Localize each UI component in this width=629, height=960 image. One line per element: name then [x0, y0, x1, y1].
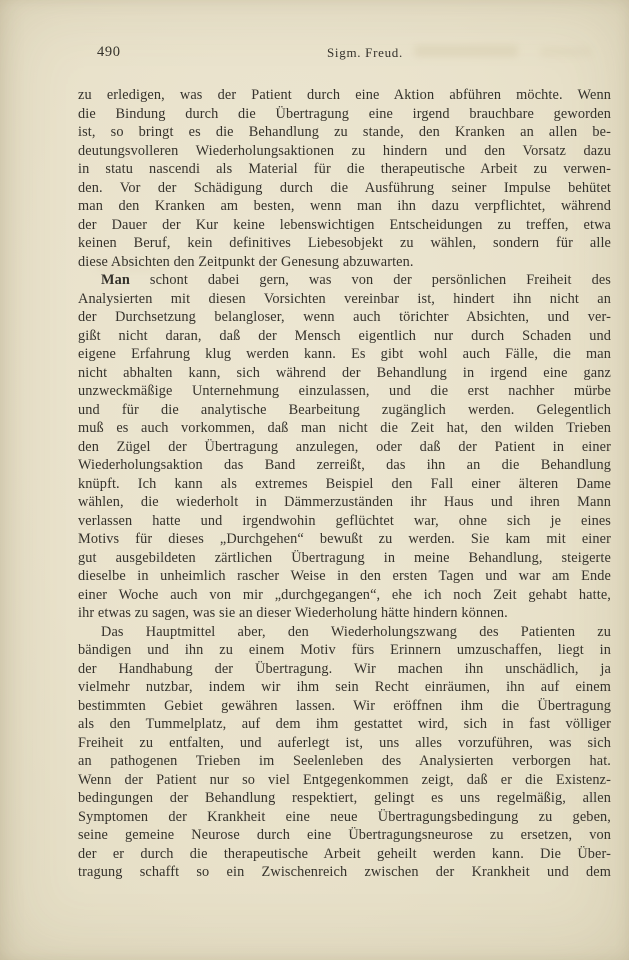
text-line: gißt nicht daran, daß der Mensch eigentl…	[78, 327, 611, 346]
text-line: seine gemeine Neurose durch eine Übertra…	[78, 826, 611, 845]
text-line: man den Kranken am besten, wenn man ihn …	[78, 197, 611, 216]
text-line: keinen Beruf, kein definitives Liebesobj…	[78, 234, 611, 253]
text-line: die Bindung durch die Übertragung eine i…	[78, 105, 611, 124]
text-line: an pathogenen Trieben im Seelenleben des…	[78, 752, 611, 771]
page-text: zu erledigen, was der Patient durch eine…	[78, 86, 611, 882]
text-line: der Handhabung der Übertragung. Wir mach…	[78, 660, 611, 679]
text-line: wählen, die wiederholt in Dämmerzustände…	[78, 493, 611, 512]
text-line: Man schont dabei gern, was von der persö…	[78, 271, 611, 290]
text-line: einer Woche auch von mir „durchgegangen“…	[78, 586, 611, 605]
text-line: als den Tummelplatz, auf dem ihm gestatt…	[78, 715, 611, 734]
text-line: deutungsvolleren Wiederholungsaktionen z…	[78, 142, 611, 161]
text-line: verlassen hatte und irgendwohin geflücht…	[78, 512, 611, 531]
text-line: bestimmten Gebiet gewähren lassen. Wir e…	[78, 697, 611, 716]
text-line: ihr etwas zu sagen, was sie an dieser Wi…	[78, 604, 611, 623]
text-line: zu erledigen, was der Patient durch eine…	[78, 86, 611, 105]
text-line: vielmehr nutzbar, indem wir ihm sein Rec…	[78, 678, 611, 697]
text-line: muß es auch vorkommen, daß man nicht die…	[78, 419, 611, 438]
text-line: dieselbe in unheimlich rascher Weise in …	[78, 567, 611, 586]
text-line: den. Vor der Schädigung durch die Ausfüh…	[78, 179, 611, 198]
book-page: 490 Sigm. Freud. zu erledigen, was der P…	[0, 0, 629, 960]
text-line: Analysierten mit diesen Vorsichten verei…	[78, 290, 611, 309]
text-line: in statu nascendi als Material für die t…	[78, 160, 611, 179]
text-line: und für die analytische Bearbeitung zugä…	[78, 401, 611, 420]
text-line: gut ausgebildeten zärtlichen Übertragung…	[78, 549, 611, 568]
text-line: der er durch die therapeutische Arbeit g…	[78, 845, 611, 864]
paragraph-lead: Man	[101, 272, 130, 288]
text-line: bändigen und ihn zu einem Motiv fürs Eri…	[78, 641, 611, 660]
text-line: eigene Erfahrung klug werden kann. Es gi…	[78, 345, 611, 364]
text-line: Freiheit zu entfalten, und auferlegt ist…	[78, 734, 611, 753]
text-line: der Dauer der Kur keine lebenswichtigen …	[78, 216, 611, 235]
text-line: unzweckmäßige Unternehmung einzulassen, …	[78, 382, 611, 401]
text-line: bedingungen der Behandlung respektiert, …	[78, 789, 611, 808]
text-line: der Durchsetzung belangloser, wenn auch …	[78, 308, 611, 327]
text-line: Wenn der Patient nur so viel Entgegenkom…	[78, 771, 611, 790]
page-header: 490 Sigm. Freud.	[0, 44, 629, 64]
text-line: Wiederholungsaktion das Band zerreißt, d…	[78, 456, 611, 475]
text-line: diese Absichten den Zeitpunkt der Genesu…	[78, 253, 611, 272]
text-line: ist, so bringt es die Behandlung zu stan…	[78, 123, 611, 142]
text-line: nicht abhalten kann, sich während der Be…	[78, 364, 611, 383]
folio-number: 490	[97, 44, 121, 61]
text-line: Motivs für dieses „Durchgehen“ bewußt zu…	[78, 530, 611, 549]
text-line: Das Hauptmittel aber, den Wiederholungsz…	[78, 623, 611, 642]
text-line: tragung schafft so ein Zwischenreich zwi…	[78, 863, 611, 882]
text-line: knüpft. Ich kann als extremes Beispiel d…	[78, 475, 611, 494]
text-line: Symptomen der Krankheit eine neue Übertr…	[78, 808, 611, 827]
text-line: den Zügel der Übertragung anzulegen, ode…	[78, 438, 611, 457]
running-head: Sigm. Freud.	[327, 45, 403, 61]
